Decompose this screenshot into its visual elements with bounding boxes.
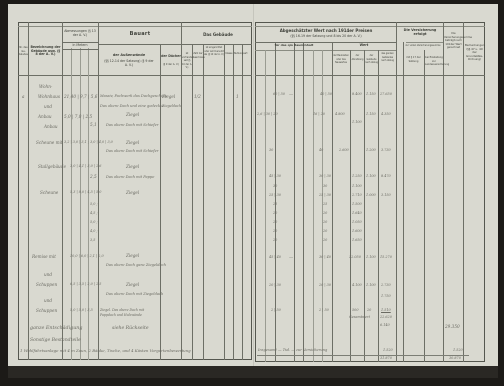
entry-dims: 5,1	[90, 122, 97, 127]
entry-roof: Ziegeldach	[162, 104, 181, 109]
entry-dims: 21,40 | 9,7 | 5,6	[64, 94, 97, 99]
entry-name: Remise mit	[32, 254, 56, 259]
footer-sum-2: 30.870	[449, 356, 461, 361]
entry-dims-values: 5,0 ; 4,5 ; 5,0 ; 4,0 ; 3,5	[90, 202, 98, 242]
col-header-fuer-das-qm: für das qm Rauminhalt	[257, 44, 331, 48]
value-e: 1.600	[352, 229, 362, 234]
col-header-wert-nach-abzug: der Gebäude nach Abzug	[365, 54, 378, 65]
value-a: 30	[273, 184, 277, 189]
value-g: 3.150	[381, 193, 391, 198]
footer-value-2: 31.870	[380, 356, 392, 361]
value-e: 1.050	[352, 220, 362, 225]
col-header-aussenwaende-note: (§§ 12-14 der Satzung) (§ 9 der A. V.)	[104, 60, 154, 67]
entry-dims: 5,0 | 7,0 | 2,5	[64, 114, 92, 119]
entry-name: Wohnhaus	[38, 94, 60, 99]
value-d: 16 | 20	[313, 112, 325, 117]
entry-dims: 5,0 | 5,0 | 3,5	[70, 308, 93, 313]
value-d: 20	[323, 229, 327, 234]
value-a: 25	[273, 202, 277, 207]
value-f: 1.000	[366, 193, 376, 198]
entry-name: Scheune	[40, 190, 58, 195]
value-g: 6.140	[380, 323, 390, 328]
value-a: 20	[273, 238, 277, 243]
value-f: 20	[367, 308, 371, 313]
entry-walls: Das obere Dach und eine gedeckte	[100, 104, 164, 109]
value-e: 2.710	[352, 193, 362, 198]
entry-dims: 5,3 | 8,0 | 4,5 | 5,0	[70, 190, 101, 195]
col-header-wert-neuwert: der Baukosten oder des Neuwertes	[333, 54, 349, 65]
value-g: 27.650	[380, 92, 392, 97]
col-header-nr: Nr. des Ge-bäudes	[19, 46, 28, 57]
value-a: 2,6 | 30 | 20	[257, 112, 278, 117]
col-header-versicherung-voll: zur vollen Versicherungssumme	[405, 44, 441, 48]
entry-walls: Das obere Dach mit Schiefer	[106, 149, 158, 154]
value-d: 25	[323, 202, 327, 207]
value-d: 40	[319, 148, 323, 153]
entry-walls: Ziegel	[126, 282, 139, 287]
right-page: Abgeschätzter Wert nach 1914er Preisen (…	[253, 4, 498, 376]
value-a: 20	[273, 220, 277, 225]
col-header-bauart: Bauart	[99, 33, 181, 37]
entry-name: ganze Entschädigung	[30, 326, 82, 331]
col-header-wert-abnutzung: der Abnutzung	[351, 54, 364, 61]
entry-dims-list: 5,0 ; 4,5 ; 5,0 ; 4,0 ; 3,5	[90, 200, 98, 245]
entry-name: Scheune mit	[36, 140, 63, 145]
scan-edge	[8, 366, 498, 378]
value-e: 12.050	[349, 255, 361, 260]
entry-name: und	[44, 104, 52, 109]
value-g: 8.470	[381, 174, 391, 179]
footer-note: Insgesamt — Tsd. — zur Versicherung	[258, 348, 327, 353]
entry-walls: Ziegel	[126, 190, 139, 195]
col-header-vorhanden-seit: ist vorhanden seit (§ 10 der A. V.)	[182, 52, 192, 70]
value-f: 1.150	[366, 112, 376, 117]
value-d: 2 | 50	[319, 308, 329, 313]
value-e: 1.250	[352, 174, 362, 179]
value-e: 1.650	[352, 238, 362, 243]
value-g: 1.750	[381, 294, 391, 299]
entry-dims: 6,5 | 3,5 | 2,0 | 2,5	[70, 282, 101, 287]
entry-col-b: 1	[236, 94, 239, 99]
entry-walls: Massiv, Fachwerk das Dachgeschoss	[100, 94, 167, 99]
entry-name: und	[44, 298, 52, 303]
entry-walls: Das obere Dach ganz Ziegeldach	[106, 263, 166, 268]
value-label: Gesamtwert	[349, 315, 370, 320]
value-e: 1.100	[352, 184, 362, 189]
value-e: 4.800	[335, 112, 345, 117]
col-header-aussenwaende: der Außenwände	[100, 54, 158, 58]
value-d: 20	[323, 220, 327, 225]
value-f: 1.100	[366, 283, 376, 288]
value-e: 1.500	[352, 202, 362, 207]
entry-nr: a	[22, 94, 25, 99]
value-e: 4.100	[352, 283, 362, 288]
value-d: 40 | 50	[320, 92, 332, 97]
value-a: 45 | 40	[269, 255, 281, 260]
col-header-bezeichnung: Bezeichnung der Gebäude usw. (§ 8 der A.…	[30, 46, 61, 57]
footer-note-heading: Sonstige Bestandteile	[30, 338, 81, 343]
value-e: 1.100	[352, 120, 362, 125]
value-d: 30 | 40	[319, 255, 331, 260]
entry-walls: Das obere Dach mit Ziegeldach	[106, 292, 163, 297]
value-f: 1.200	[366, 148, 376, 153]
value-a: 45 | 30	[269, 174, 281, 179]
entry-dims: 3,2 | 3,0 | 3,1 ; 3,0 | 4,0 | 3,0	[64, 140, 113, 145]
value-e: 1.640	[352, 211, 362, 216]
entry-name: Stallgebäude	[38, 164, 66, 169]
col-header-in-metern: in Metern	[63, 44, 97, 48]
entry-col-a: 1/2	[194, 94, 201, 99]
value-d: 30 | 30	[319, 174, 331, 179]
col-header-daecher-note: (§ 9 der A. V.)	[161, 63, 181, 67]
col-header-klasse: Klasse	[225, 52, 233, 56]
entry-name: Schuppen	[36, 308, 57, 313]
value-f: 1.150	[366, 92, 376, 97]
entry-walls: Das obere Dach mit Schiefer	[106, 123, 158, 128]
col-header-geschosse: Zahl der Geschosse	[193, 52, 203, 59]
col-header-bemerkungen: Bemerkungen (§§ 47 u. 49 der Grundsätze-…	[465, 44, 484, 62]
col-header-wert-ganzes: des ganzen Gebäudes nach Abzug	[379, 52, 396, 63]
col-header-nutzungsart: Nutzungsart	[234, 52, 242, 56]
left-page: Nr. des Ge-bäudes Bezeichnung der Gebäud…	[8, 4, 253, 376]
entry-name: Anbau	[38, 114, 52, 119]
col-header-abgeschaetzt: Abgeschätzter Wert nach 1914er Preisen	[257, 29, 395, 33]
value-e: 500	[352, 308, 358, 313]
value-a: 20	[273, 229, 277, 234]
entry-walls: Ziegel	[126, 140, 139, 145]
value-g: 2.730	[381, 283, 391, 288]
value-b: —	[289, 92, 293, 97]
value-g: 22.620	[380, 315, 392, 320]
value-e: 8.400	[352, 92, 362, 97]
value-f: 1.100	[366, 174, 376, 179]
value-g: 1.510	[381, 308, 391, 313]
entry-dims: 10,0 | 6,0 | 2,1 | 2,0	[70, 254, 104, 259]
footer-value-1: 1.520	[383, 348, 393, 353]
entry-walls: Ziegel	[126, 112, 139, 117]
entry-dims: 2,5	[90, 174, 97, 179]
page-gutter	[253, 4, 254, 376]
footer-sum-1: 1.520	[453, 348, 463, 353]
col-header-versicherung-landes: bei Einstellung zur Landesversicherung	[425, 56, 443, 67]
value-d: 30	[323, 184, 327, 189]
entry-name: und	[44, 272, 52, 277]
col-header-abmessungen: Abmessungen (§ 13 der A. V.)	[63, 30, 97, 37]
entry-walls: Das obere Dach mit Pappe	[106, 175, 154, 180]
entry-walls: Ziegel	[126, 164, 139, 169]
col-header-versicherung-satzung: mit § 17 der Satzung	[404, 56, 423, 63]
insured-sum: 29.350	[445, 324, 460, 329]
col-header-versicherung: Die Versicherung erfolgt	[399, 29, 441, 36]
value-d: 20 | 30	[319, 283, 331, 288]
entry-name: Wohn-	[39, 84, 52, 89]
col-header-versicherungsbetrag: Die Versicherungssumme beträgt nach 1914…	[444, 32, 463, 50]
value-d: 20	[323, 238, 327, 243]
value-g: 4.350	[381, 112, 391, 117]
value-b: —	[289, 255, 293, 260]
value-a: 20	[273, 211, 277, 216]
value-f: 1.100	[366, 255, 376, 260]
value-a: 30	[269, 148, 273, 153]
col-header-gebaeude: Das Gebäude	[184, 33, 252, 37]
entry-name: Schuppen	[36, 282, 57, 287]
value-a: 60 | 50	[273, 92, 285, 97]
entry-dims: 3,0 | 4,1 | 3,0 | 2,6	[70, 164, 101, 169]
value-g: 3.730	[381, 148, 391, 153]
value-d: 20	[323, 211, 327, 216]
entry-name: Anbau	[44, 124, 58, 129]
entry-roof: Ziegel	[162, 94, 175, 99]
value-a: 2 | 50	[271, 308, 281, 313]
value-d: 25 | 30	[319, 193, 331, 198]
col-header-benutzt-als: ist eingerichtet oder wird benutzt als (…	[204, 46, 224, 57]
value-a: 20 | 30	[269, 283, 281, 288]
entry-walls: Ziegel. Das obere Dach mit Pappdach und …	[100, 308, 160, 318]
value-e: 2.600	[339, 148, 349, 153]
value-g: 15.270	[380, 255, 392, 260]
value-a: 25 | 30	[269, 193, 281, 198]
ledger-spread: Nr. des Ge-bäudes Bezeichnung der Gebäud…	[8, 4, 498, 376]
entry-walls: siehe Rückseite	[112, 326, 149, 331]
col-header-abgeschaetzt-note: (§§ 16-19 der Satzung und 8 bis 20 der A…	[257, 35, 395, 39]
entry-walls: Ziegel	[126, 253, 139, 258]
footer-note-line: 1 Wohlfahrtsanlage mit 4 m Zaun, 2 Bänke…	[20, 348, 191, 353]
col-header-daecher: der Dächer	[161, 55, 181, 59]
col-header-wert: Wert	[333, 44, 395, 48]
